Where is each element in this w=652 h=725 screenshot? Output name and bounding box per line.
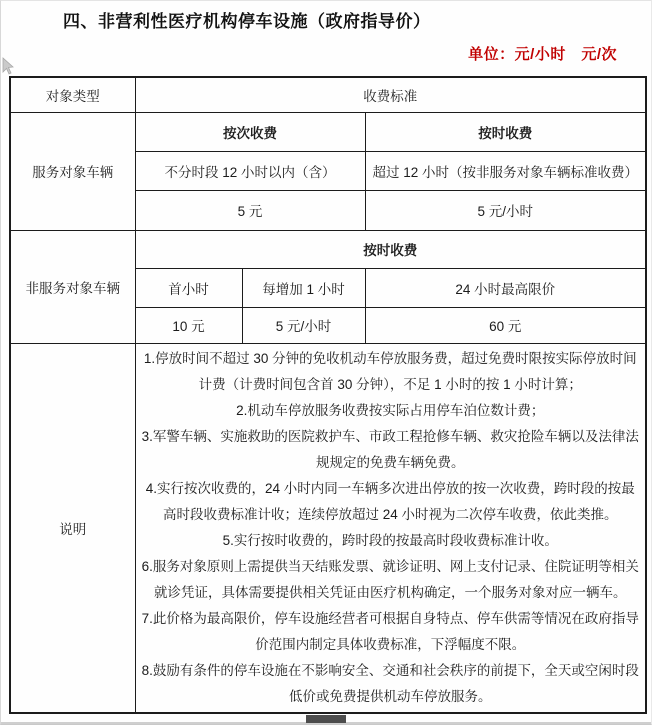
cell-service-per-entry-condition: 不分时段 12 小时以内（含） [135,151,365,190]
cell-service-per-entry-header: 按次收费 [135,112,365,151]
cell-object-type: 对象类型 [10,77,135,112]
cell-daily-cap-price: 60 元 [365,307,646,343]
cell-daily-cap-label: 24 小时最高限价 [365,268,646,307]
service-header-row: 服务对象车辆 按次收费 按时收费 [10,112,646,151]
header-row: 对象类型 收费标准 [10,77,646,112]
document-page: 四、非营利性医疗机构停车设施（政府指导价） 单位：元/小时 元/次 对象类型 收… [0,0,652,725]
cell-service-hourly-condition: 超过 12 小时（按非服务对象车辆标准收费） [365,151,646,190]
note-item-6: 6.服务对象原则上需提供当天结账发票、就诊证明、网上支付记录、住院证明等相关就诊… [140,554,642,606]
unit-label: 单位：元/小时 元/次 [468,43,617,64]
cell-non-service-vehicles-label: 非服务对象车辆 [10,230,135,343]
cell-notes-content: 1.停放时间不超过 30 分钟的免收机动车停放服务费，超过免费时限按实际停放时间… [135,343,646,713]
cell-service-per-entry-price: 5 元 [135,190,365,230]
notes-row: 说明 1.停放时间不超过 30 分钟的免收机动车停放服务费，超过免费时限按实际停… [10,343,646,713]
cell-fee-standard: 收费标准 [135,77,646,112]
page-title: 四、非营利性医疗机构停车设施（政府指导价） [63,7,431,32]
cell-additional-hour-price: 5 元/小时 [242,307,365,343]
cell-notes-label: 说明 [10,343,135,713]
mouse-cursor-icon [1,57,15,77]
cell-service-vehicles-label: 服务对象车辆 [10,112,135,230]
cell-additional-hour-label: 每增加 1 小时 [242,268,365,307]
cell-first-hour-price: 10 元 [135,307,242,343]
cell-first-hour-label: 首小时 [135,268,242,307]
cell-service-hourly-price: 5 元/小时 [365,190,646,230]
note-item-4: 4.实行按次收费的，24 小时内同一车辆多次进出停放的按一次收费，跨时段的按最高… [140,476,642,528]
note-item-2: 2.机动车停放服务收费按实际占用停车泊位数计费； [140,398,642,424]
cell-non-service-hourly-header: 按时收费 [135,230,646,268]
non-service-header-row: 非服务对象车辆 按时收费 [10,230,646,268]
cell-service-hourly-header: 按时收费 [365,112,646,151]
horizontal-scrollbar-thumb[interactable] [306,715,346,723]
note-item-7: 7.此价格为最高限价，停车设施经营者可根据自身特点、停车供需等情况在政府指导价范… [140,606,642,658]
note-item-8: 8.鼓励有条件的停车设施在不影响安全、交通和社会秩序的前提下，全天或空闲时段低价… [140,658,642,710]
note-item-3: 3.军警车辆、实施救助的医院救护车、市政工程抢修车辆、救灾抢险车辆以及法律法规规… [140,424,642,476]
note-item-5: 5.实行按时收费的，跨时段的按最高时段收费标准计收。 [140,528,642,554]
parking-fee-table: 对象类型 收费标准 服务对象车辆 按次收费 按时收费 不分时段 12 小时以内（… [9,76,647,714]
note-item-1: 1.停放时间不超过 30 分钟的免收机动车停放服务费，超过免费时限按实际停放时间… [140,346,642,398]
